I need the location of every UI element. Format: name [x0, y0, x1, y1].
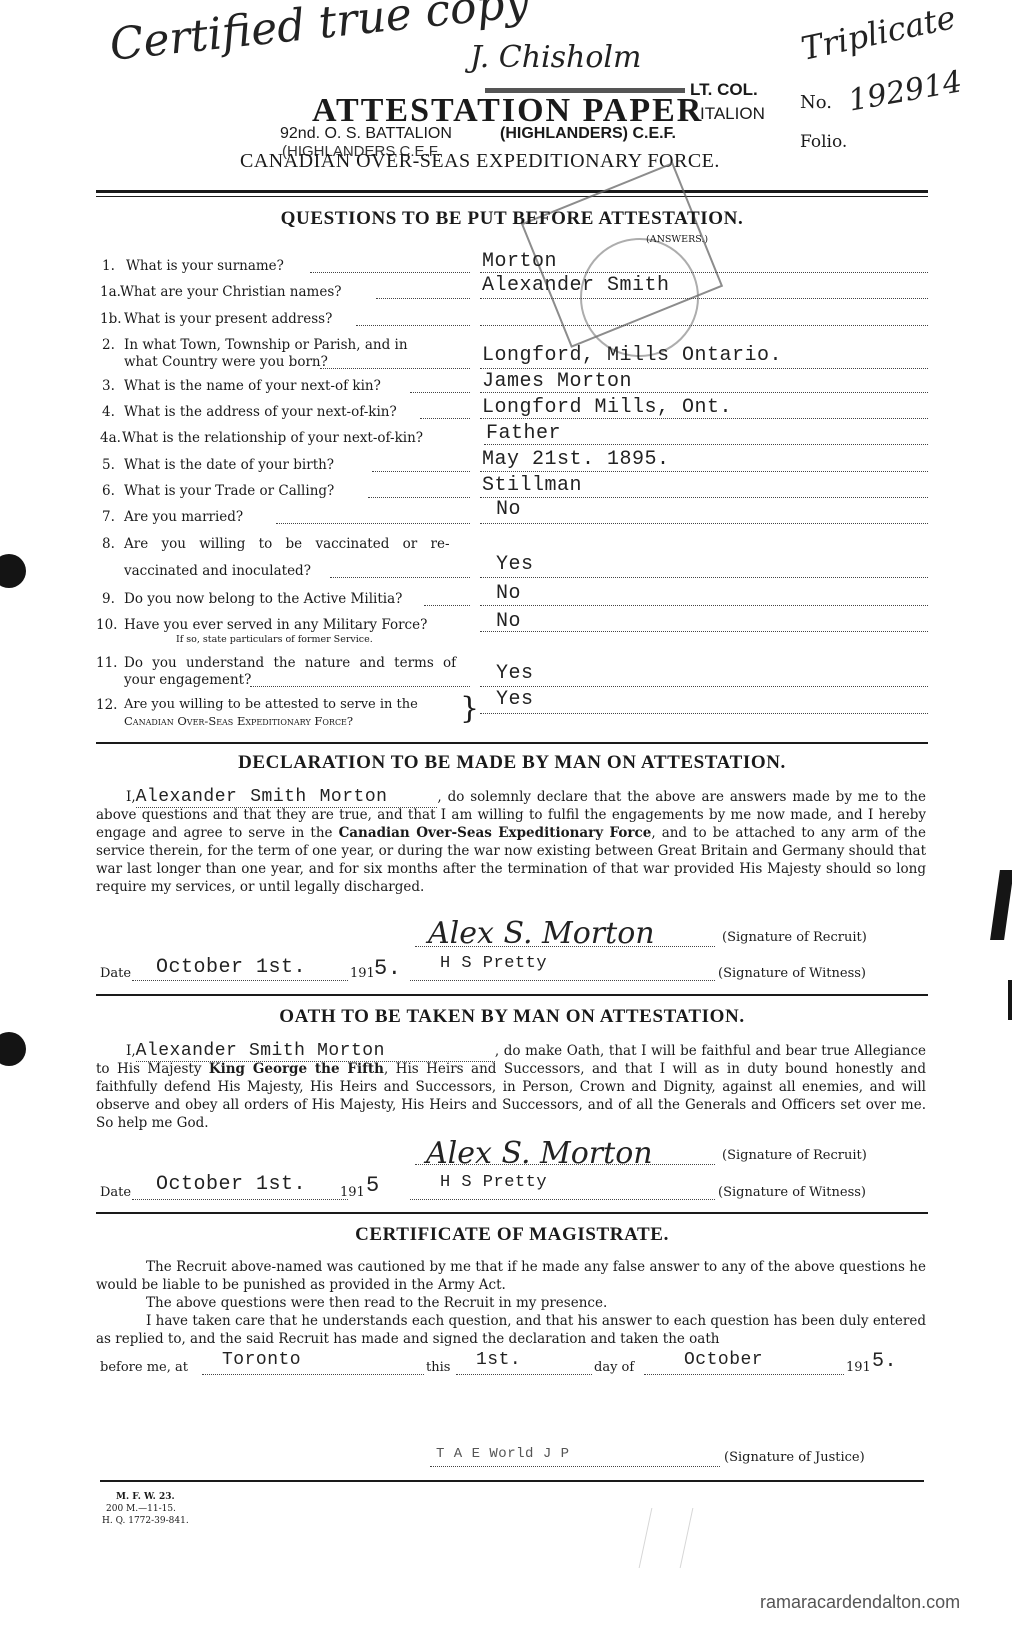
answer-surname[interactable]: Morton: [482, 250, 557, 273]
faint-pencil-mark: [639, 1508, 694, 1568]
answer-understand-terms[interactable]: Yes: [496, 662, 534, 685]
answer-relationship[interactable]: Father: [486, 422, 561, 445]
section-rule: [100, 1480, 924, 1482]
answer-christian-names[interactable]: Alexander Smith: [482, 274, 670, 297]
answer-next-of-kin-address[interactable]: Longford Mills, Ont.: [482, 396, 732, 419]
declaration-witness[interactable]: H S Pretty: [440, 954, 547, 973]
attestation-year[interactable]: 5.: [872, 1350, 897, 1373]
form-code: M. F. W. 23.: [116, 1492, 175, 1502]
hq-reference: H. Q. 1772-39-841.: [102, 1516, 189, 1526]
witness-signature-label: (Signature of Witness): [718, 1185, 866, 1200]
print-run: 200 M.—11-15.: [106, 1504, 176, 1514]
edge-mark: [1008, 980, 1012, 1020]
magistrate-para-1: The Recruit above-named was cautioned by…: [96, 1258, 926, 1294]
magistrate-para-3: I have taken care that he understands ea…: [96, 1312, 926, 1348]
oath-text: I,Alexander Smith Morton, do make Oath, …: [96, 1042, 926, 1132]
overstamp-highlanders: (HIGHLANDERS) C.E.F.: [500, 125, 676, 143]
overstamp-fragment: ITALION: [700, 104, 765, 124]
magistrate-para-2: The above questions were then read to th…: [96, 1294, 926, 1312]
oath-witness[interactable]: H S Pretty: [440, 1173, 547, 1192]
justice-signature-label: (Signature of Justice): [724, 1450, 865, 1465]
answer-active-militia[interactable]: No: [496, 582, 521, 605]
oath-year[interactable]: 5: [366, 1173, 380, 1198]
edge-mark: [990, 870, 1012, 940]
recruit-signature-label: (Signature of Recruit): [722, 1148, 867, 1163]
attestation-place[interactable]: Toronto: [222, 1350, 301, 1370]
oath-title: OATH TO BE TAKEN BY MAN ON ATTESTATION.: [96, 1006, 928, 1028]
declaration-text: I,Alexander Smith Morton, do solemnly de…: [96, 788, 926, 896]
number-label: No.: [800, 92, 832, 113]
punch-hole-bottom: [0, 1032, 26, 1066]
oath-recruit-signature[interactable]: Alex S. Morton: [426, 1136, 653, 1171]
section-rule: [96, 742, 928, 744]
magistrate-title: CERTIFICATE OF MAGISTRATE.: [96, 1224, 928, 1246]
punch-hole-top: [0, 554, 26, 588]
officer-signature: J. Chisholm: [470, 40, 641, 75]
answer-military-service[interactable]: No: [496, 610, 521, 633]
overstamp-battalion: 92nd. O. S. BATTALION: [280, 125, 452, 143]
justice-signature[interactable]: T A E World J P: [436, 1446, 570, 1462]
answers-label: (ANSWERS.): [646, 234, 708, 245]
regimental-number: 192914: [846, 64, 965, 118]
triplicate-note: Triplicate: [798, 0, 959, 68]
questions-section-title: QUESTIONS TO BE PUT BEFORE ATTESTATION.: [96, 208, 928, 230]
before-me-label: before me, at: [100, 1360, 188, 1375]
certified-true-copy-note: Certified true copy: [107, 0, 531, 71]
folio-label: Folio.: [800, 132, 847, 152]
answer-willing-to-attest[interactable]: Yes: [496, 688, 534, 711]
oath-date[interactable]: October 1st.: [156, 1173, 306, 1196]
answer-married[interactable]: No: [496, 498, 521, 521]
declaration-name[interactable]: Alexander Smith Morton: [136, 787, 438, 808]
section-rule: [96, 1212, 928, 1214]
date-label: Date: [100, 1185, 131, 1200]
date-label: Date: [100, 966, 131, 981]
answer-birthplace[interactable]: Longford, Mills Ontario.: [482, 344, 782, 367]
witness-signature-label: (Signature of Witness): [718, 966, 866, 981]
recruit-signature-label: (Signature of Recruit): [722, 930, 867, 945]
attestation-month[interactable]: October: [684, 1350, 763, 1370]
oath-name[interactable]: Alexander Smith Morton: [136, 1041, 495, 1062]
answer-vaccinated[interactable]: Yes: [496, 553, 534, 576]
declaration-year[interactable]: 5.: [374, 956, 401, 981]
header-rule-thick: [96, 190, 928, 193]
watermark: ramaracardendalton.com: [760, 1592, 960, 1613]
answer-next-of-kin[interactable]: James Morton: [482, 370, 632, 393]
section-rule: [96, 994, 928, 996]
force-name: CANADIAN OVER-SEAS EXPEDITIONARY FORCE.: [240, 150, 720, 173]
declaration-title: DECLARATION TO BE MADE BY MAN ON ATTESTA…: [96, 752, 928, 774]
answer-trade[interactable]: Stillman: [482, 474, 582, 497]
attestation-day[interactable]: 1st.: [476, 1350, 521, 1370]
header-rule-thin: [96, 196, 928, 197]
answer-birth-date[interactable]: May 21st. 1895.: [482, 448, 670, 471]
declaration-date[interactable]: October 1st.: [156, 956, 306, 979]
